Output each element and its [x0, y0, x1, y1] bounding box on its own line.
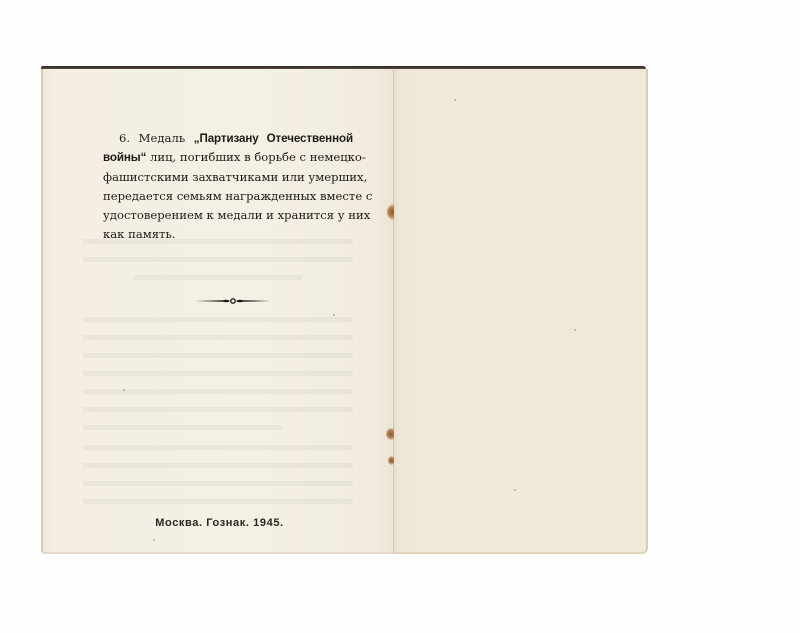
bleed-through-line: [83, 425, 283, 430]
right-page: [394, 69, 648, 554]
medal-name-bold: „Партизану Отечественной: [194, 132, 353, 145]
publisher-imprint: Москва. Гознак. 1945.: [43, 517, 396, 529]
bleed-through-line: [83, 353, 353, 358]
paragraph-line: фашистскими захватчиками или умерших,: [103, 168, 353, 187]
paragraph-line: удостоверением к медали и хранится у них: [103, 206, 353, 225]
paper-speck: [574, 329, 576, 331]
paragraph-line: войны“ лиц, погибших в борьбе с немецко-: [103, 148, 353, 167]
paragraph-text: передается семьям награжденных вместе с: [103, 189, 372, 203]
paragraph-line: 6. Медаль „Партизану Отечественной: [103, 129, 353, 148]
bleed-through-line: [83, 499, 353, 504]
left-page: 6. Медаль „Партизану Отечественной войны…: [41, 69, 396, 554]
medal-name-bold: войны“: [103, 151, 146, 164]
paper-speck: [514, 489, 516, 491]
paragraph-text: лиц, погибших в борьбе с немецко-: [146, 150, 366, 164]
paper-speck: [153, 539, 155, 541]
photo-scene: 6. Медаль „Партизану Отечественной войны…: [0, 0, 800, 633]
bleed-through-line: [83, 445, 353, 450]
paragraph-text: фашистскими захватчиками или умерших,: [103, 170, 367, 184]
ornament-divider-icon: [193, 295, 273, 307]
paragraph-text: как память.: [103, 227, 175, 241]
bleed-through-line: [83, 317, 353, 322]
bleed-through-line: [133, 275, 303, 280]
bleed-through-line: [83, 335, 353, 340]
paragraph-text: 6. Медаль: [119, 131, 194, 145]
bleed-through-line: [83, 371, 353, 376]
paragraph-6: 6. Медаль „Партизану Отечественной войны…: [103, 129, 353, 245]
paragraph-line: как память.: [103, 225, 353, 244]
booklet: 6. Медаль „Партизану Отечественной войны…: [41, 66, 648, 554]
paper-speck: [123, 389, 125, 391]
bleed-through-line: [83, 481, 353, 486]
paragraph-line: передается семьям награжденных вместе с: [103, 187, 353, 206]
bleed-through-line: [83, 463, 353, 468]
paragraph-text: удостоверением к медали и хранится у них: [103, 208, 370, 222]
paper-speck: [333, 314, 335, 316]
paper-speck: [454, 99, 456, 101]
bleed-through-line: [83, 257, 353, 262]
bleed-through-line: [83, 407, 353, 412]
